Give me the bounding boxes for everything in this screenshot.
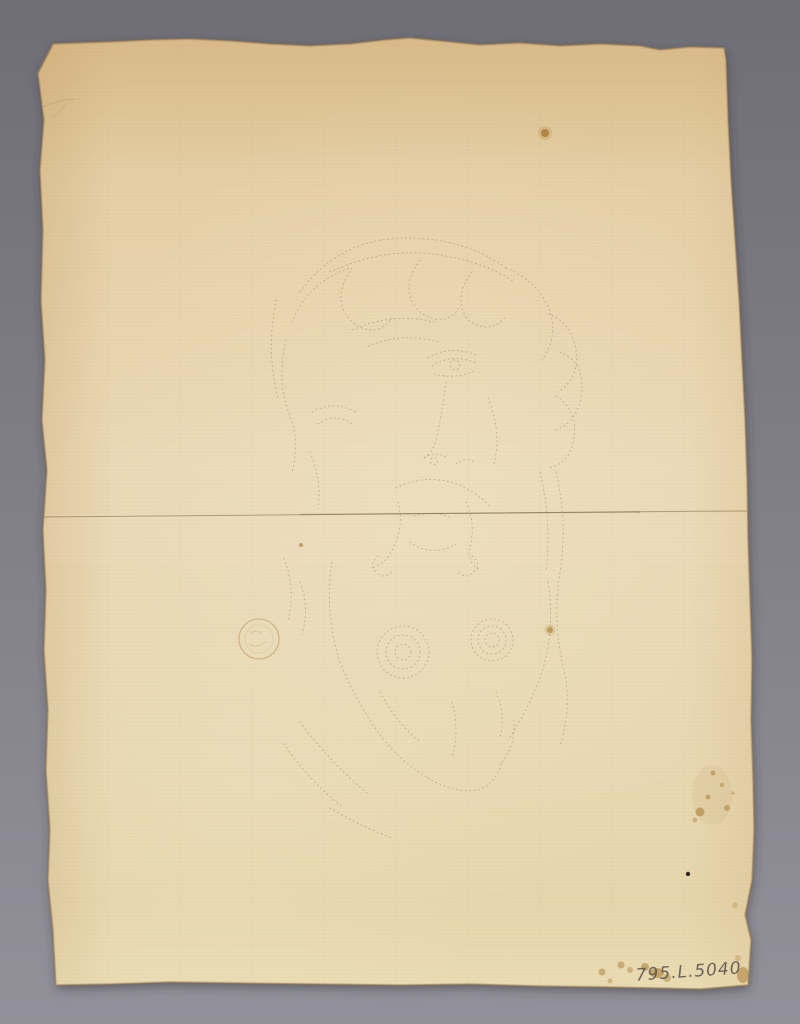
stain — [627, 967, 633, 973]
paper-sheet: 795.L.5040 — [0, 0, 800, 1024]
stain — [732, 902, 738, 908]
stain — [608, 979, 613, 984]
stain — [706, 795, 711, 800]
stain — [720, 783, 724, 787]
stain — [724, 805, 730, 811]
stain — [711, 771, 716, 776]
stain — [693, 818, 698, 823]
scene: 795.L.5040 — [0, 0, 800, 1024]
paper-detail-layer: 795.L.5040 — [0, 0, 800, 1024]
dark-fleck — [686, 872, 690, 876]
stain — [696, 808, 705, 817]
stain — [599, 969, 606, 976]
stain — [731, 791, 735, 795]
stain — [541, 129, 549, 137]
photo-of-drawing-verso: 795.L.5040 — [0, 0, 800, 1024]
stain — [299, 543, 303, 547]
stain — [618, 962, 625, 969]
stain — [547, 627, 553, 633]
